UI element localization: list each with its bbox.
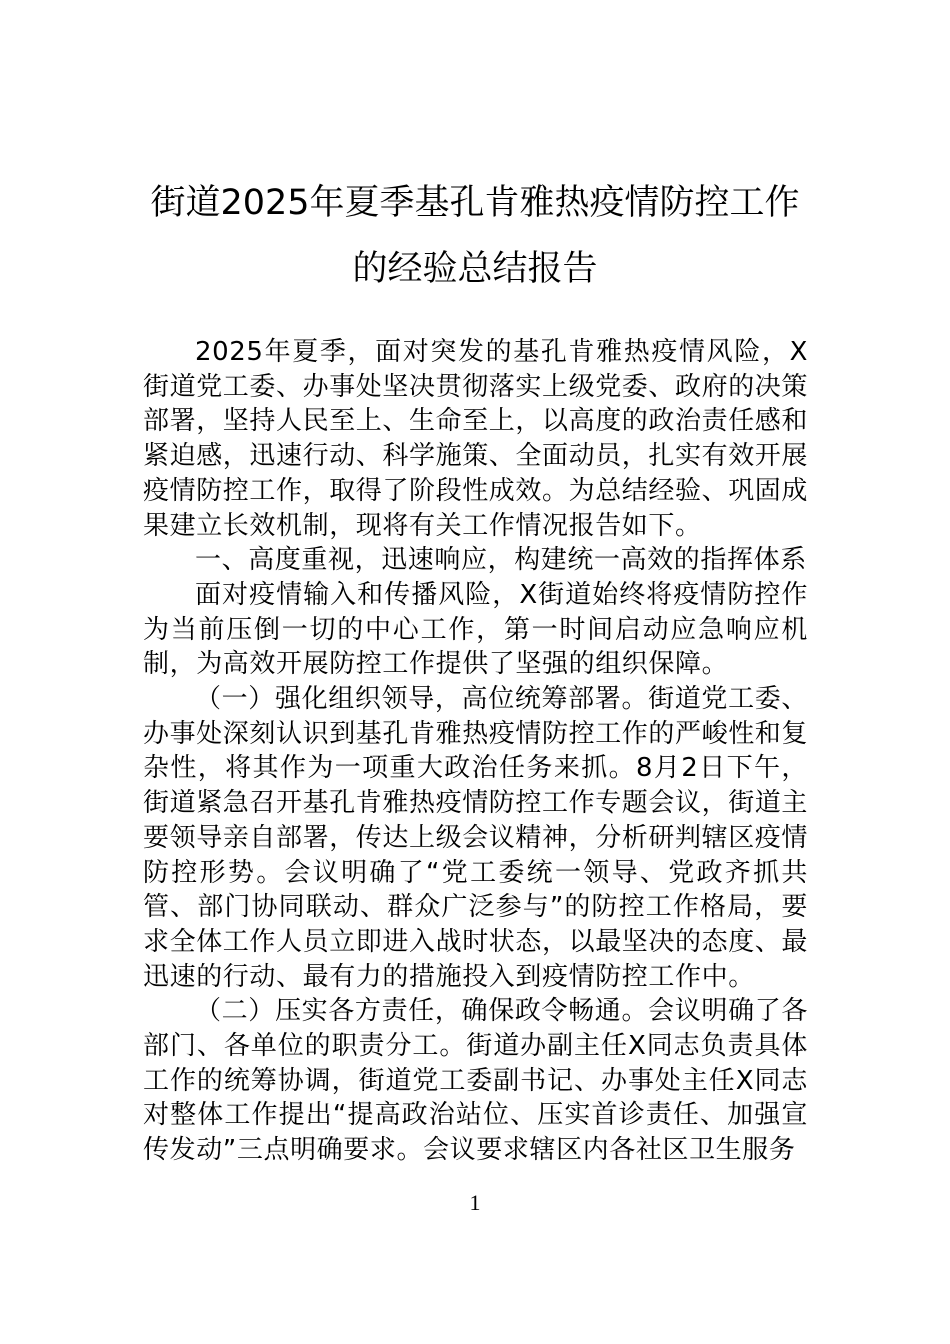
title-line-1: 街道2025年夏季基孔肯雅热疫情防控工作 — [120, 170, 830, 236]
subsection-1-paragraph: （一）强化组织领导，高位统筹部署。街道党工委、办事处深刻认识到基孔肯雅热疫情防控… — [143, 682, 808, 994]
title-line-2: 的经验总结报告 — [120, 236, 830, 302]
section-heading-1: 一、高度重视，迅速响应，构建统一高效的指挥体系 — [143, 543, 808, 578]
section-1-paragraph: 面对疫情输入和传播风险，X街道始终将疫情防控作为当前压倒一切的中心工作，第一时间… — [143, 578, 808, 682]
document-page: 街道2025年夏季基孔肯雅热疫情防控工作 的经验总结报告 2025年夏季，面对突… — [0, 0, 950, 1344]
page-number: 1 — [0, 1188, 950, 1218]
document-body: 2025年夏季，面对突发的基孔肯雅热疫情风险，X街道党工委、办事处坚决贯彻落实上… — [143, 335, 808, 1168]
document-title: 街道2025年夏季基孔肯雅热疫情防控工作 的经验总结报告 — [120, 170, 830, 302]
intro-paragraph: 2025年夏季，面对突发的基孔肯雅热疫情风险，X街道党工委、办事处坚决贯彻落实上… — [143, 335, 808, 543]
subsection-2-paragraph: （二）压实各方责任，确保政令畅通。会议明确了各部门、各单位的职责分工。街道办副主… — [143, 994, 808, 1168]
